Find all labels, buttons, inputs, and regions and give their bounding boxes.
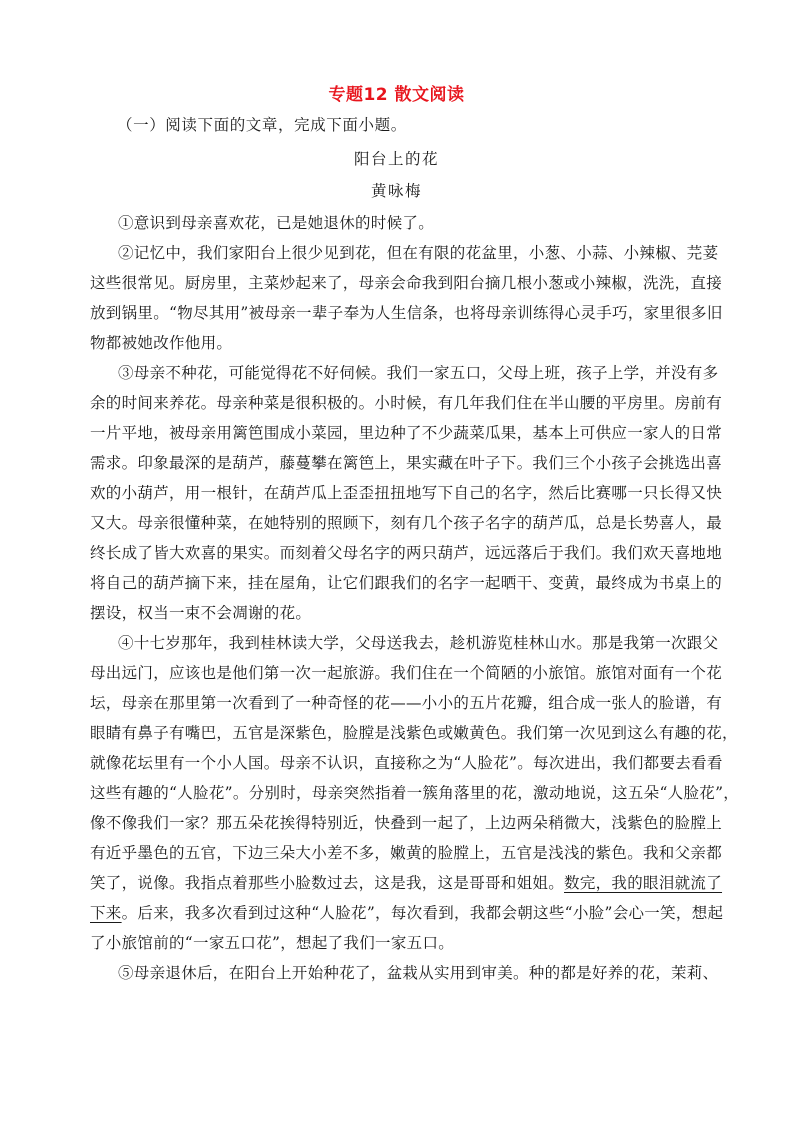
article-body: ①意识到母亲喜欢花，已是她退休的时候了。 ②记忆中，我们家阳台上很少见到花，但在… bbox=[90, 208, 716, 988]
paragraph-3-line: 一片平地，被母亲用篱笆围成小菜园，里边种了不少蔬菜瓜果，基本上可供应一家人的日常 bbox=[90, 418, 716, 448]
paragraph-4-line: 就像花坛里有一个小人国。母亲不认识，直接称之为“人脸花”。每次进出，我们都要去看… bbox=[90, 748, 716, 778]
paragraph-5-line: ⑤母亲退休后，在阳台上开始种花了，盆栽从实用到审美。种的都是好养的花，茉莉、 bbox=[90, 958, 716, 988]
line-text: 笑了，说像。我指点着那些小脸数过去，这是我，这是哥哥和姐姐。 bbox=[90, 874, 564, 892]
paragraph-3-line: 欢的小葫芦，用一根针，在葫芦瓜上歪歪扭扭地写下自己的名字，然后比赛哪一只长得又快 bbox=[90, 478, 716, 508]
underlined-sentence: 下来 bbox=[90, 904, 122, 922]
paragraph-4-line: 坛，母亲在那里第一次看到了一种奇怪的花——小小的五片花瓣，组合成一张人的脸谱，有 bbox=[90, 688, 716, 718]
paragraph-4-line: 这些有趣的“人脸花”。分别时，母亲突然指着一簇角落里的花，激动地说，这五朵“人脸… bbox=[90, 778, 716, 808]
paragraph-4-line: 了小旅馆前的“一家五口花”，想起了我们一家五口。 bbox=[90, 928, 716, 958]
paragraph-4-line: 眼睛有鼻子有嘴巴，五官是深紫色，脸膛是浅紫色或嫩黄色。我们第一次见到这么有趣的花… bbox=[90, 718, 716, 748]
document-page: 专题12 散文阅读 （一）阅读下面的文章，完成下面小题。 阳台上的花 黄咏梅 ①… bbox=[0, 0, 793, 1122]
paragraph-4-line: 母出远门，应该也是他们第一次一起旅游。我们住在一个简陋的小旅馆。旅馆对面有一个花 bbox=[90, 658, 716, 688]
paragraph-3-line: 将自己的葫芦摘下来，挂在屋角，让它们跟我们的名字一起晒干、变黄，最终成为书桌上的 bbox=[90, 568, 716, 598]
paragraph-3-line: 需求。印象最深的是葫芦，藤蔓攀在篱笆上，果实藏在叶子下。我们三个小孩子会挑选出喜 bbox=[90, 448, 716, 478]
paragraph-4-line: ④十七岁那年，我到桂林读大学，父母送我去，趁机游览桂林山水。那是我第一次跟父 bbox=[90, 628, 716, 658]
paragraph-2-line: 这些很常见。厨房里，主菜炒起来了，母亲会命我到阳台摘几根小葱或小辣椒，洗洗，直接 bbox=[90, 268, 716, 298]
paragraph-2-line: 物都被她改作他用。 bbox=[90, 328, 716, 358]
paragraph-3-line: 余的时间来养花。母亲种菜是很积极的。小时候，有几年我们住在半山腰的平房里。房前有 bbox=[90, 388, 716, 418]
article-author: 黄咏梅 bbox=[0, 179, 793, 201]
paragraph-3-line: ③母亲不种花，可能觉得花不好伺候。我们一家五口，父母上班，孩子上学，并没有多 bbox=[90, 358, 716, 388]
article-title: 阳台上的花 bbox=[0, 147, 793, 169]
paragraph-4-line: 像不像我们一家？那五朵花挨得特别近，快叠到一起了，上边两朵稍微大，浅紫色的脸膛上 bbox=[90, 808, 716, 838]
paragraph-4-line: 有近乎墨色的五官，下边三朵大小差不多，嫩黄的脸膛上，五官是浅浅的紫色。我和父亲都 bbox=[90, 838, 716, 868]
paragraph-2-line: ②记忆中，我们家阳台上很少见到花，但在有限的花盆里，小葱、小蒜、小辣椒、芫荽 bbox=[90, 238, 716, 268]
paragraph-1-line: ①意识到母亲喜欢花，已是她退休的时候了。 bbox=[90, 208, 716, 238]
underlined-sentence: 数完，我的眼泪就流了 bbox=[564, 874, 722, 892]
paragraph-4-line-underlined: 笑了，说像。我指点着那些小脸数过去，这是我，这是哥哥和姐姐。数完，我的眼泪就流了 bbox=[90, 868, 716, 898]
paragraph-3-line: 终长成了皆大欢喜的果实。而刻着父母名字的两只葫芦，远远落后于我们。我们欢天喜地地 bbox=[90, 538, 716, 568]
page-title: 专题12 散文阅读 bbox=[0, 80, 793, 105]
paragraph-3-line: 摆设，权当一束不会凋谢的花。 bbox=[90, 598, 716, 628]
paragraph-3-line: 又大。母亲很懂种菜，在她特别的照顾下，刻有几个孩子名字的葫芦瓜，总是长势喜人，最 bbox=[90, 508, 716, 538]
line-text: 。后来，我多次看到过这种“人脸花”，每次看到，我都会朝这些“小脸”会心一笑，想起 bbox=[122, 904, 724, 922]
paragraph-2-line: 放到锅里。“物尽其用”被母亲一辈子奉为人生信条，也将母亲训练得心灵手巧，家里很多… bbox=[90, 298, 716, 328]
instruction-text: （一）阅读下面的文章，完成下面小题。 bbox=[117, 113, 407, 135]
paragraph-4-line-underlined: 下来。后来，我多次看到过这种“人脸花”，每次看到，我都会朝这些“小脸”会心一笑，… bbox=[90, 898, 716, 928]
